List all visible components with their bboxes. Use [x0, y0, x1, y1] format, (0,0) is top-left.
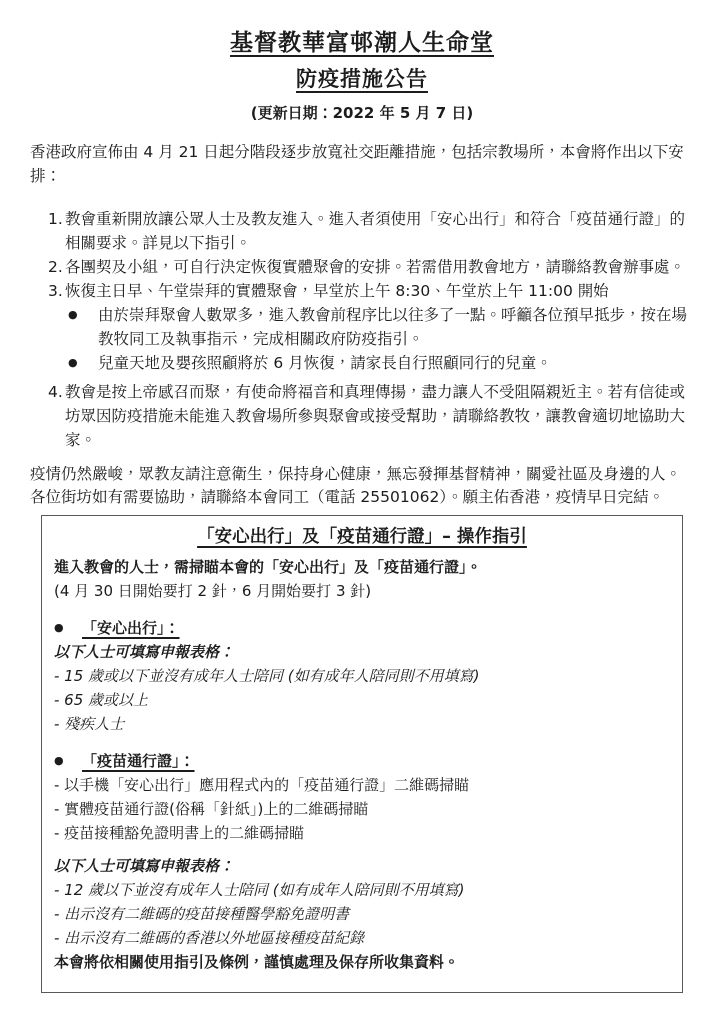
update-date: (更新日期：2022 年 5 月 7 日): [30, 104, 694, 123]
list-item-2: 2. 各團契及小組，可自行決定恢復實體聚會的安排。若需借用教會地方，請聯絡教會辦…: [48, 255, 694, 279]
list-item-text: 教會是按上帝感召而聚，有使命將福音和真理傳揚，盡力讓人不受阻隔親近主。若有信徒或…: [65, 380, 694, 452]
section-heading: 「安心出行」：: [82, 616, 180, 640]
sub-bullet-text: 兒童天地及嬰孩照顧將於 6 月恢復，請家長自行照顧同行的兒童。: [98, 351, 694, 375]
bullet-icon: ●: [54, 616, 82, 640]
list-item-text: 教會重新開放讓公眾人士及教友進入。進入者須使用「安心出行」和符合「疫苗通行證」的…: [65, 207, 694, 255]
guide-intro: 進入教會的人士，需掃瞄本會的「安心出行」及「疫苗通行證」。: [54, 555, 670, 579]
section-heading-row: ● 「疫苗通行證」：: [54, 749, 670, 773]
list-item-number: 4.: [48, 380, 65, 452]
section-heading-row: ● 「安心出行」：: [54, 616, 670, 640]
eligibility-item: - 出示沒有二維碼的疫苗接種醫學豁免證明書: [54, 902, 670, 926]
form-eligibility-note: 以下人士可填寫申報表格：: [54, 854, 670, 878]
privacy-note: 本會將依相關使用指引及條例，謹慎處理及保存所收集資料。: [54, 950, 670, 974]
list-item-4: 4. 教會是按上帝感召而聚，有使命將福音和真理傳揚，盡力讓人不受阻隔親近主。若有…: [48, 380, 694, 452]
sub-bullet-text: 由於崇拜聚會人數眾多，進入教會前程序比以往多了一點。呼籲各位預早抵步，按在場教牧…: [98, 303, 694, 351]
page-title: 基督教華富邨潮人生命堂: [30, 28, 694, 58]
eligibility-item: - 出示沒有二維碼的香港以外地區接種疫苗紀錄: [54, 926, 670, 950]
announcement-page: 基督教華富邨潮人生命堂 防疫措施公告 (更新日期：2022 年 5 月 7 日)…: [0, 0, 724, 1024]
eligibility-item: - 12 歲以下並沒有成年人士陪同 (如有成年人陪同則不用填寫): [54, 878, 670, 902]
closing-paragraph: 疫情仍然嚴峻，眾教友請注意衛生，保持身心健康，無忘發揮基督精神，關愛社區及身邊的…: [30, 463, 694, 509]
scan-method-item: - 實體疫苗通行證(俗稱「針紙」)上的二維碼掃瞄: [54, 797, 670, 821]
list-item-number: 1.: [48, 207, 65, 255]
list-item-text: 各團契及小組，可自行決定恢復實體聚會的安排。若需借用教會地方，請聯絡教會辦事處。: [65, 255, 694, 279]
eligibility-item: - 15 歲或以下並沒有成年人士陪同 (如有成年人陪同則不用填寫): [54, 664, 670, 688]
list-item-3: 3. 恢復主日早、午堂崇拜的實體聚會，早堂於上午 8:30、午堂於上午 11:0…: [48, 279, 694, 375]
scan-method-item: - 疫苗接種豁免證明書上的二維碼掃瞄: [54, 821, 670, 845]
sub-bullet-item: ● 兒童天地及嬰孩照顧將於 6 月恢復，請家長自行照顧同行的兒童。: [68, 351, 694, 375]
section-leave-home-safe: ● 「安心出行」： 以下人士可填寫申報表格： - 15 歲或以下並沒有成年人士陪…: [54, 616, 670, 736]
section-vaccine-pass: ● 「疫苗通行證」： - 以手機「安心出行」應用程式內的「疫苗通行證」二維碼掃瞄…: [54, 749, 670, 845]
form-eligibility-note: 以下人士可填寫申報表格：: [54, 640, 670, 664]
guide-intro-note: (4 月 30 日開始要打 2 針，6 月開始要打 3 針): [54, 579, 670, 603]
section-heading: 「疫苗通行證」：: [82, 749, 195, 773]
scan-method-item: - 以手機「安心出行」應用程式內的「疫苗通行證」二維碼掃瞄: [54, 773, 670, 797]
list-item-text: 恢復主日早、午堂崇拜的實體聚會，早堂於上午 8:30、午堂於上午 11:00 開…: [65, 279, 694, 303]
numbered-list: 1. 教會重新開放讓公眾人士及教友進入。進入者須使用「安心出行」和符合「疫苗通行…: [30, 207, 694, 452]
guide-box-title: 「安心出行」及「疫苗通行證」– 操作指引: [54, 524, 670, 550]
eligibility-item: - 殘疾人士: [54, 712, 670, 736]
bullet-icon: ●: [54, 749, 82, 773]
list-item-1: 1. 教會重新開放讓公眾人士及教友進入。進入者須使用「安心出行」和符合「疫苗通行…: [48, 207, 694, 255]
closing-line: 疫情仍然嚴峻，眾教友請注意衛生，保持身心健康，無忘發揮基督精神，關愛社區及身邊的…: [30, 463, 694, 486]
closing-line: 各位街坊如有需要協助，請聯絡本會同工（電話 25501062）。願主佑香港，疫情…: [30, 486, 694, 509]
bullet-icon: ●: [68, 351, 98, 375]
list-item-number: 2.: [48, 255, 65, 279]
sub-bullet-item: ● 由於崇拜聚會人數眾多，進入教會前程序比以往多了一點。呼籲各位預早抵步，按在場…: [68, 303, 694, 351]
page-subtitle: 防疫措施公告: [30, 65, 694, 93]
guide-box: 「安心出行」及「疫苗通行證」– 操作指引 進入教會的人士，需掃瞄本會的「安心出行…: [41, 515, 683, 993]
bullet-icon: ●: [68, 303, 98, 351]
list-item-number: 3.: [48, 279, 65, 375]
intro-paragraph: 香港政府宣佈由 4 月 21 日起分階段逐步放寬社交距離措施，包括宗教場所，本會…: [30, 140, 694, 188]
section-vaccine-pass-forms: 以下人士可填寫申報表格： - 12 歲以下並沒有成年人士陪同 (如有成年人陪同則…: [54, 854, 670, 974]
eligibility-item: - 65 歲或以上: [54, 688, 670, 712]
